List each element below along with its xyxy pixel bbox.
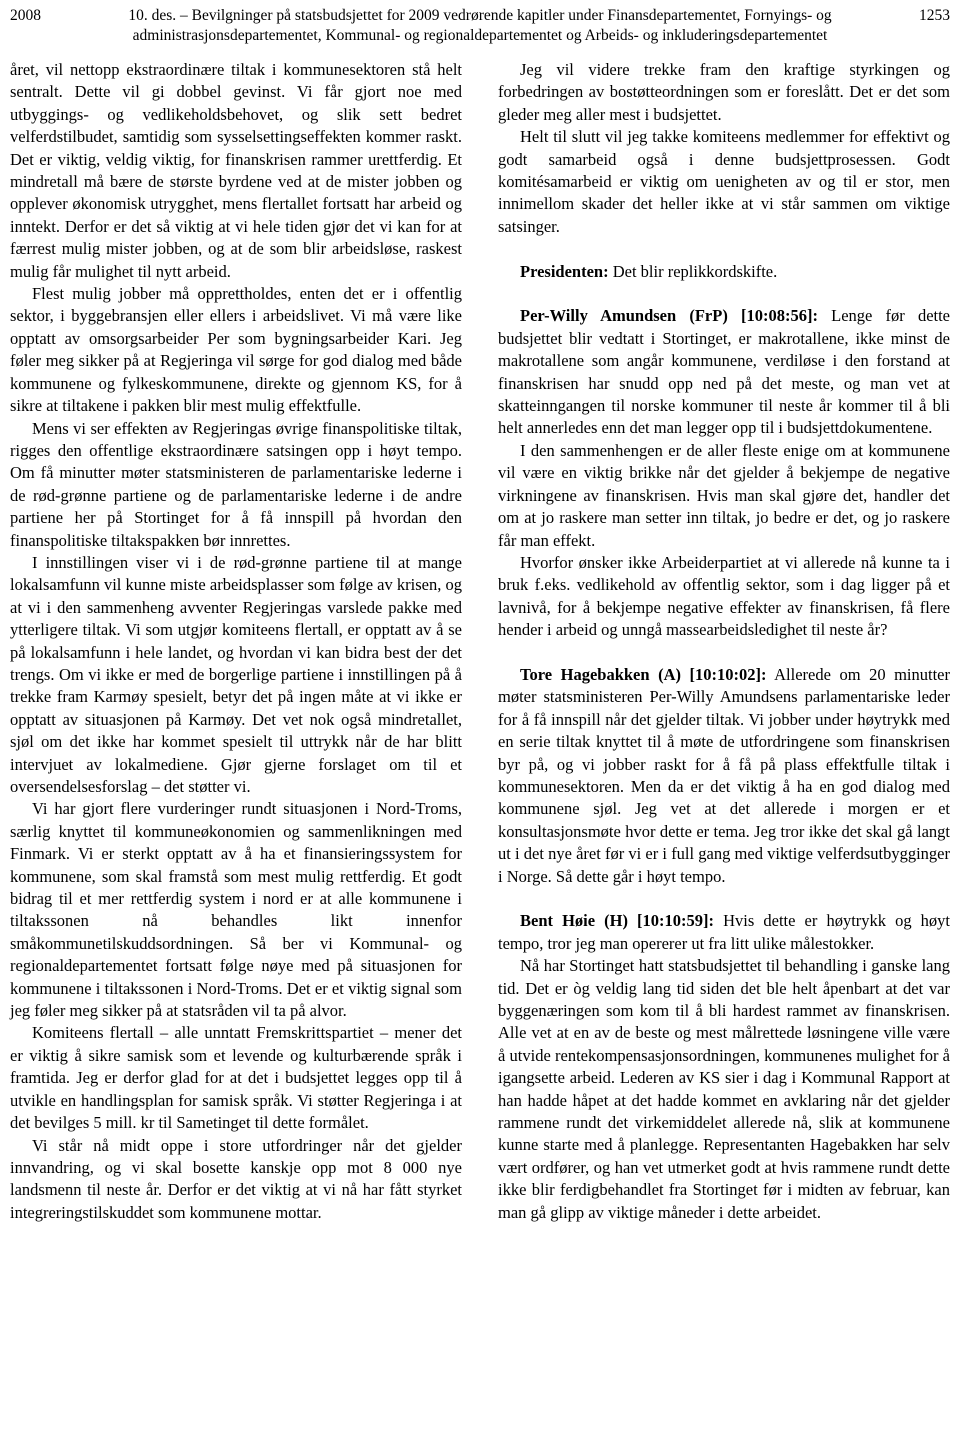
speech-text: Lenge før dette budsjettet blir vedtatt … — [498, 306, 950, 437]
speaker-name: Tore Hagebakken (A) [10:10:02]: — [520, 665, 767, 684]
speaker-name: Bent Høie (H) [10:10:59]: — [520, 911, 714, 930]
paragraph: året, vil nettopp ekstraordinære tiltak … — [10, 59, 462, 283]
right-column: Jeg vil videre trekke fram den kraftige … — [498, 59, 950, 1224]
paragraph: Hvorfor ønsker ikke Arbeiderpartiet at v… — [498, 552, 950, 642]
paragraph: I den sammenhengen er de aller fleste en… — [498, 440, 950, 552]
header-page-number: 1253 — [878, 6, 950, 26]
paragraph: Nå har Stortinget hatt statsbudsjettet t… — [498, 955, 950, 1224]
paragraph: I innstillingen viser vi i de rød-grønne… — [10, 552, 462, 798]
paragraph: Vi har gjort flere vurderinger rundt sit… — [10, 798, 462, 1022]
text-columns: året, vil nettopp ekstraordinære tiltak … — [10, 59, 950, 1224]
proceedings-page: 2008 10. des. – Bevilgninger på statsbud… — [0, 0, 960, 1430]
paragraph: Jeg vil videre trekke fram den kraftige … — [498, 59, 950, 126]
speech-paragraph: Per-Willy Amundsen (FrP) [10:08:56]: Len… — [498, 305, 950, 439]
header-year: 2008 — [10, 6, 82, 26]
speech-paragraph: Tore Hagebakken (A) [10:10:02]: Allerede… — [498, 664, 950, 888]
paragraph: Helt til slutt vil jeg takke komiteens m… — [498, 126, 950, 238]
speech-paragraph: Presidenten: Det blir replikkordskifte. — [498, 261, 950, 283]
speaker-name: Presidenten: — [520, 262, 609, 281]
paragraph: Mens vi ser effekten av Regjeringas øvri… — [10, 418, 462, 552]
paragraph: Komiteens flertall – alle unntatt Fremsk… — [10, 1022, 462, 1134]
speaker-name: Per-Willy Amundsen (FrP) [10:08:56]: — [520, 306, 818, 325]
running-head: 2008 10. des. – Bevilgninger på statsbud… — [10, 6, 950, 46]
speech-text: Det blir replikkordskifte. — [613, 262, 778, 281]
speech-text: Allerede om 20 minutter møter statsminis… — [498, 665, 950, 886]
paragraph: Vi står nå midt oppe i store utfordringe… — [10, 1135, 462, 1225]
left-column: året, vil nettopp ekstraordinære tiltak … — [10, 59, 462, 1224]
speech-paragraph: Bent Høie (H) [10:10:59]: Hvis dette er … — [498, 910, 950, 955]
paragraph: Flest mulig jobber må opprettholdes, ent… — [10, 283, 462, 417]
header-title: 10. des. – Bevilgninger på statsbudsjett… — [82, 6, 878, 46]
